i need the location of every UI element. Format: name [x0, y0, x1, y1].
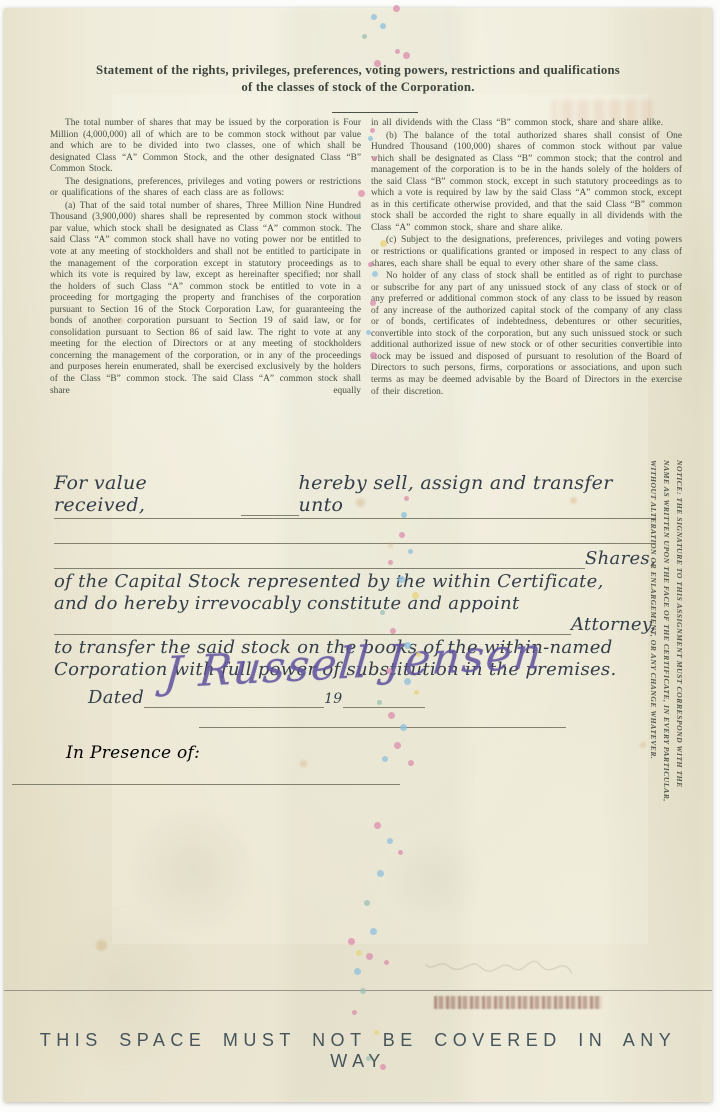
paragraph-class-a: (a) That of the said total number of sha…	[50, 201, 361, 397]
constitute-label: and do hereby irrevocably constitute and…	[54, 593, 520, 614]
paragraph-class-a-continued: in all dividends with the Class “B” comm…	[371, 118, 682, 130]
notice-line-3: WITHOUT ALTERATION OR ENLARGEMENT, OR AN…	[646, 460, 659, 860]
paragraph-no-preemptive-rights: No holder of any class of stock shall be…	[371, 271, 682, 398]
assignee-blank-line-2	[54, 543, 656, 544]
attorney-row: Attorney,	[54, 614, 656, 635]
substitution-label: Corporation with full power of substitut…	[54, 659, 617, 680]
capital-stock-label: of the Capital Stock represented by the …	[54, 571, 604, 592]
notice-line-1: NOTICE: THE SIGNATURE TO THIS ASSIGNMENT…	[673, 460, 686, 860]
transfer-label: to transfer the said stock on the books …	[54, 637, 613, 658]
rights-statement-text: The total number of shares that may be i…	[50, 118, 682, 399]
assignee-blank-line-1	[54, 518, 656, 519]
notice-line-2: NAME AS WRITTEN UPON THE FACE OF THE CER…	[660, 460, 673, 860]
statement-right-column: in all dividends with the Class “B” comm…	[371, 118, 682, 399]
attorney-name-blank	[54, 622, 571, 635]
dated-row: Dated 19	[54, 687, 656, 708]
year-blank	[343, 695, 425, 708]
dated-blank	[144, 695, 324, 708]
value-received-label: For value received,	[54, 472, 241, 516]
statement-heading-line1: Statement of the rights, privileges, pre…	[34, 62, 682, 79]
statement-left-column: The total number of shares that may be i…	[50, 118, 361, 399]
paragraph-total-shares: The total number of shares that may be i…	[50, 118, 361, 176]
sell-assign-label: hereby sell, assign and transfer unto	[299, 472, 656, 516]
attorney-label: Attorney,	[571, 614, 656, 635]
year-prefix: 19	[324, 691, 342, 707]
assignor-name-blank	[241, 503, 299, 516]
paragraph-designations: The designations, preferences, privilege…	[50, 177, 361, 200]
substitution-row: Corporation with full power of substitut…	[54, 659, 656, 680]
dated-label: Dated	[88, 687, 144, 708]
paragraph-equality: (c) Subject to the designations, prefere…	[371, 235, 682, 270]
bottom-section-rule	[4, 990, 712, 991]
assignment-opening-row: For value received, hereby sell, assign …	[54, 472, 656, 516]
statement-heading-line2: of the classes of stock of the Corporati…	[34, 79, 682, 96]
transfer-row: to transfer the said stock on the books …	[54, 637, 656, 658]
heading-divider-rule	[332, 112, 418, 113]
shares-row: Shares,	[54, 548, 656, 569]
signature-notice-vertical-text: NOTICE: THE SIGNATURE TO THIS ASSIGNMENT…	[646, 460, 686, 860]
constitute-row: and do hereby irrevocably constitute and…	[54, 593, 656, 614]
illegible-transfer-stamp	[434, 996, 602, 1009]
signature-line	[199, 727, 566, 728]
paragraph-class-b: (b) The balance of the total authorized …	[371, 131, 682, 235]
space-warning-text: THIS SPACE MUST NOT BE COVERED IN ANY WA…	[4, 1030, 712, 1072]
presence-label: In Presence of:	[66, 743, 200, 763]
capital-stock-row: of the Capital Stock represented by the …	[54, 571, 656, 592]
bleedthrough-signature-squiggle	[423, 945, 574, 995]
shares-count-blank	[54, 556, 585, 569]
certificate-back-scan: { "document": { "header": { "line1": "St…	[0, 0, 720, 1112]
certificate-paper: Statement of the rights, privileges, pre…	[4, 8, 712, 1102]
witness-signature-line	[12, 784, 400, 785]
statement-heading: Statement of the rights, privileges, pre…	[34, 62, 682, 95]
